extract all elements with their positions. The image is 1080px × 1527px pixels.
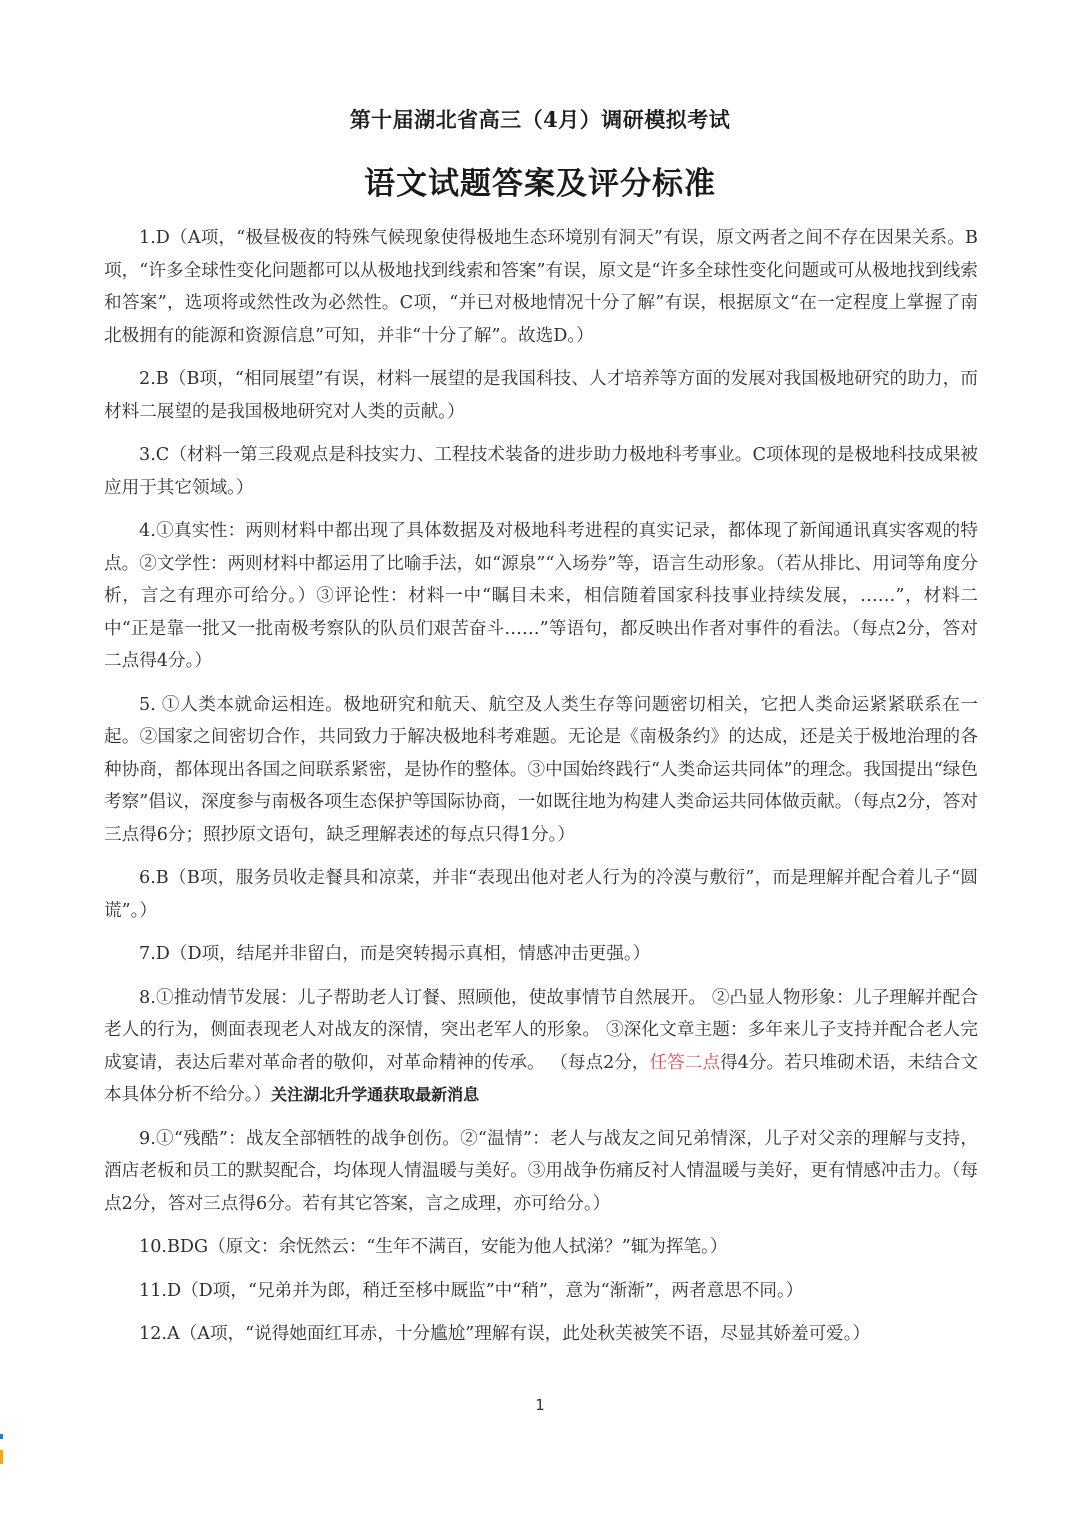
answer-item-2: 2.B（B项，“相同展望”有误，材料一展望的是我国科技、人才培养等方面的发展对我…	[104, 363, 978, 428]
promo-note: 关注湖北升学通获取最新消息	[271, 1085, 479, 1104]
answer-item-12: 12.A（A项，“说得她面红耳赤，十分尴尬”理解有误，此处秋芙被笑不语，尽显其娇…	[104, 1318, 978, 1351]
highlighted-scoring-rule: 任答二点	[650, 1053, 721, 1073]
edge-mark-blue	[0, 1434, 3, 1439]
answer-item-4: 4.①真实性：两则材料中都出现了具体数据及对极地科考进程的真实记录，都体现了新闻…	[104, 515, 978, 678]
answer-item-10: 10.BDG（原文：余怃然云：“生年不满百，安能为他人拭涕？”辄为挥笔。）	[104, 1231, 978, 1264]
exam-subtitle: 第十届湖北省高三（4月）调研模拟考试	[0, 104, 1080, 134]
document-page: 第十届湖北省高三（4月）调研模拟考试 语文试题答案及评分标准 1.D（A项，“极…	[0, 0, 1080, 1527]
answer-item-8: 8.①推动情节发展：儿子帮助老人订餐、照顾他，使故事情节自然展开。 ②凸显人物形…	[104, 982, 978, 1112]
answer-item-6: 6.B（B项，服务员收走餐具和凉菜，并非“表现出他对老人行为的冷漠与敷衍”，而是…	[104, 862, 978, 927]
answer-item-1: 1.D（A项，“极昼极夜的特殊气候现象使得极地生态环境别有洞天”有误，原文两者之…	[104, 222, 978, 352]
answer-item-3: 3.C（材料一第三段观点是科技实力、工程技术装备的进步助力极地科考事业。C项体现…	[104, 439, 978, 504]
answer-list: 1.D（A项，“极昼极夜的特殊气候现象使得极地生态环境别有洞天”有误，原文两者之…	[104, 222, 978, 1362]
edge-mark-orange	[0, 1450, 3, 1464]
answer-item-9: 9.①“残酷”：战友全部牺牲的战争创伤。②“温情”：老人与战友之间兄弟情深，儿子…	[104, 1123, 978, 1221]
document-title: 语文试题答案及评分标准	[0, 158, 1080, 203]
answer-item-7: 7.D（D项，结尾并非留白，而是突转揭示真相，情感冲击更强。）	[104, 938, 978, 971]
answer-item-11: 11.D（D项，“兄弟并为郎，稍迁至栘中厩监”中“稍”，意为“渐渐”，两者意思不…	[104, 1275, 978, 1308]
page-number: 1	[0, 1396, 1080, 1414]
answer-item-5: 5. ①人类本就命运相连。极地研究和航天、航空及人类生存等问题密切相关，它把人类…	[104, 689, 978, 852]
